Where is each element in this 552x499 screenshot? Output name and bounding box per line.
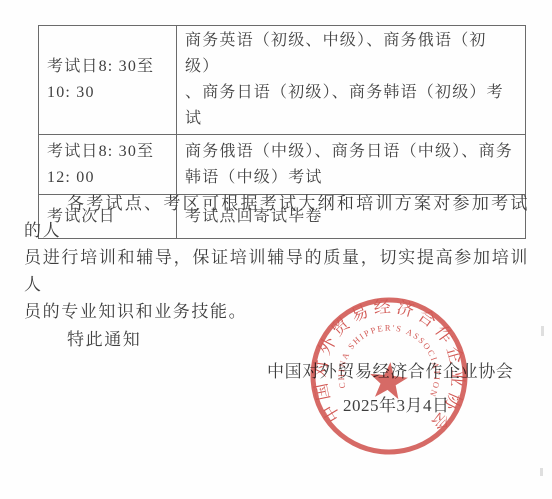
table-cell-content: 商务英语（初级、中级）、商务俄语（初级） 、商务日语（初级）、商务韩语（初级）考… — [177, 26, 526, 135]
scan-artifact — [540, 468, 543, 476]
table-row: 考试日8: 30至 12: 00 商务俄语（中级）、商务日语（中级）、商务 韩语… — [39, 135, 526, 195]
seal-star-icon — [368, 360, 410, 400]
document-page: 考试日8: 30至 10: 30 商务英语（初级、中级）、商务俄语（初级） 、商… — [0, 0, 552, 499]
table-cell-content: 商务俄语（中级）、商务日语（中级）、商务 韩语（中级）考试 — [177, 135, 526, 195]
official-seal: 中国对外贸易经济合作企业协会 CHINA SHIPPER'S ASSOCIATI… — [294, 281, 483, 470]
table-cell-time: 考试日8: 30至 12: 00 — [39, 135, 177, 195]
scan-artifact — [541, 326, 544, 336]
table-cell-time: 考试日8: 30至 10: 30 — [39, 26, 177, 135]
table-row: 考试日8: 30至 10: 30 商务英语（初级、中级）、商务俄语（初级） 、商… — [39, 26, 526, 135]
